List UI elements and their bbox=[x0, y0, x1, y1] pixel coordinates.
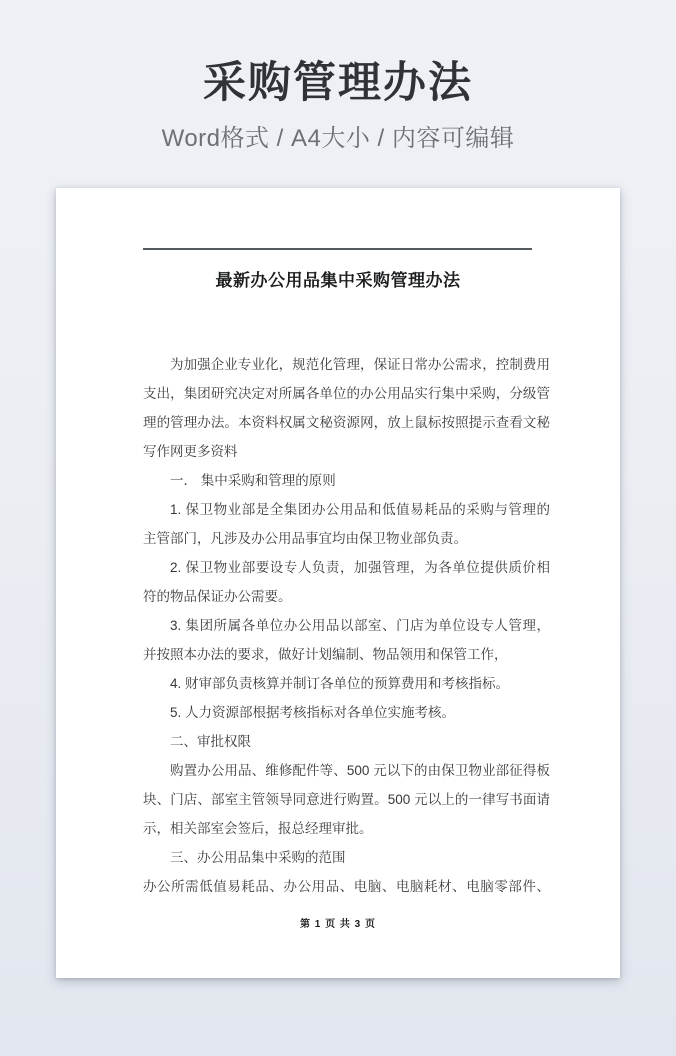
document-line: 二、审批权限 bbox=[143, 727, 550, 756]
document-line: 符的物品保证办公需要。 bbox=[143, 582, 550, 611]
template-format-info: Word格式 / A4大小 / 内容可编辑 bbox=[0, 118, 676, 153]
page-number: 第 1 页 共 3 页 bbox=[56, 915, 620, 930]
document-line: 主管部门，凡涉及办公用品事宜均由保卫物业部负责。 bbox=[143, 524, 550, 553]
document-page: 最新办公用品集中采购管理办法 为加强企业专业化，规范化管理，保证日常办公需求，控… bbox=[56, 188, 620, 978]
document-line: 示，相关部室会签后，报总经理审批。 bbox=[143, 814, 550, 843]
document-line: 办公所需低值易耗品、办公用品、电脑、电脑耗材、电脑零部件、 bbox=[143, 872, 550, 901]
document-line: 4. 财审部负责核算并制订各单位的预算费用和考核指标。 bbox=[143, 669, 550, 698]
document-title: 最新办公用品集中采购管理办法 bbox=[56, 266, 620, 291]
document-line: 5. 人力资源部根据考核指标对各单位实施考核。 bbox=[143, 698, 550, 727]
document-line: 理的管理办法。本资料权属文秘资源网，放上鼠标按照提示查看文秘 bbox=[143, 408, 550, 437]
document-line: 三、办公用品集中采购的范围 bbox=[143, 843, 550, 872]
document-line: 为加强企业专业化，规范化管理，保证日常办公需求，控制费用 bbox=[143, 350, 550, 379]
document-line: 3. 集团所属各单位办公用品以部室、门店为单位设专人管理， bbox=[143, 611, 550, 640]
title-divider bbox=[143, 248, 532, 250]
document-line: 1. 保卫物业部是全集团办公用品和低值易耗品的采购与管理的 bbox=[143, 495, 550, 524]
document-line: 2. 保卫物业部要设专人负责，加强管理，为各单位提供质价相 bbox=[143, 553, 550, 582]
document-line: 块、门店、部室主管领导同意进行购置。500 元以上的一律写书面请 bbox=[143, 785, 550, 814]
document-line: 一． 集中采购和管理的原则 bbox=[143, 466, 550, 495]
document-line: 并按照本办法的要求，做好计划编制、物品领用和保管工作， bbox=[143, 640, 550, 669]
document-line: 购置办公用品、维修配件等、500 元以下的由保卫物业部征得板 bbox=[143, 756, 550, 785]
template-title: 采购管理办法 bbox=[0, 60, 676, 107]
template-preview-header: 采购管理办法 Word格式 / A4大小 / 内容可编辑 bbox=[0, 0, 676, 153]
document-line: 支出，集团研究决定对所属各单位的办公用品实行集中采购，分级管 bbox=[143, 379, 550, 408]
document-body: 为加强企业专业化，规范化管理，保证日常办公需求，控制费用支出，集团研究决定对所属… bbox=[143, 350, 550, 901]
document-line: 写作网更多资料 bbox=[143, 437, 550, 466]
